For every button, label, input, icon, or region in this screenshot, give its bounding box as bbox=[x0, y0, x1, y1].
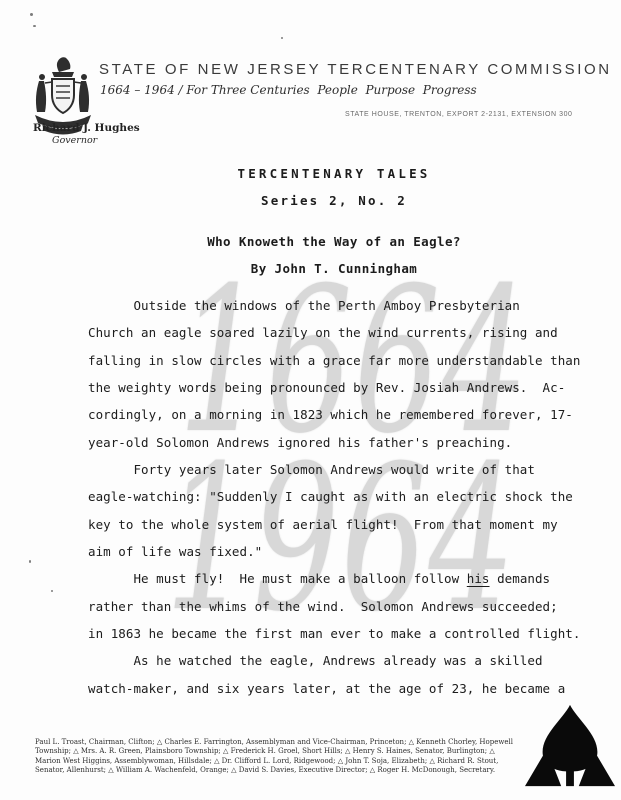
tercentenary-tree-triangle-icon bbox=[524, 701, 616, 790]
commission-name: STATE OF NEW JERSEY TERCENTENARY COMMISS… bbox=[99, 61, 612, 78]
roster-line: Paul L. Troast, Chairman, Clifton; △ Cha… bbox=[35, 738, 525, 747]
roster-line: Senator, Allenhurst; △ William A. Wachen… bbox=[35, 766, 525, 775]
body-line: the weighty words being pronounced by Re… bbox=[88, 374, 588, 401]
body-line: Forty years later Solomon Andrews would … bbox=[88, 456, 588, 483]
body-line: in 1863 he became the first man ever to … bbox=[88, 620, 588, 647]
scan-noise-speck bbox=[33, 25, 36, 27]
article-title: Who Knoweth the Way of an Eagle? bbox=[88, 235, 580, 249]
body-line: watch-maker, and six years later, at the… bbox=[88, 675, 588, 702]
series-title: TERCENTENARY TALES bbox=[88, 167, 580, 181]
body-line-post: demands bbox=[490, 571, 551, 586]
governor-title: Governor bbox=[52, 135, 97, 146]
tercentenary-tagline: 1664 – 1964 / For Three Centuries People… bbox=[100, 83, 477, 97]
commission-roster: Paul L. Troast, Chairman, Clifton; △ Cha… bbox=[35, 738, 525, 776]
scan-noise-speck bbox=[30, 13, 33, 16]
roster-line: Township; △ Mrs. A. R. Green, Plainsboro… bbox=[35, 747, 525, 756]
address-line: STATE HOUSE, TRENTON, EXPORT 2-2131, EXT… bbox=[345, 111, 572, 118]
roster-line: Marion West Higgins, Assemblywoman, Hill… bbox=[35, 757, 525, 766]
scan-noise-speck bbox=[29, 560, 31, 563]
body-line: As he watched the eagle, Andrews already… bbox=[88, 647, 588, 674]
body-line-with-underline: He must fly! He must make a balloon foll… bbox=[88, 565, 588, 592]
body-line: falling in slow circles with a grace far… bbox=[88, 347, 588, 374]
scanned-letter-page: STATE OF NEW JERSEY TERCENTENARY COMMISS… bbox=[0, 0, 621, 800]
body-line: aim of life was fixed." bbox=[88, 538, 588, 565]
series-number: Series 2, No. 2 bbox=[88, 194, 580, 208]
body-line: eagle-watching: "Suddenly I caught as wi… bbox=[88, 483, 588, 510]
underlined-word: his bbox=[467, 571, 490, 586]
article-byline: By John T. Cunningham bbox=[88, 262, 580, 276]
article-body: Outside the windows of the Perth Amboy P… bbox=[88, 292, 588, 702]
body-line: year-old Solomon Andrews ignored his fat… bbox=[88, 429, 588, 456]
body-line: key to the whole system of aerial flight… bbox=[88, 511, 588, 538]
body-line: Outside the windows of the Perth Amboy P… bbox=[88, 292, 588, 319]
governor-name: Richard J. Hughes bbox=[33, 122, 140, 134]
body-line: Church an eagle soared lazily on the win… bbox=[88, 319, 588, 346]
scan-noise-speck bbox=[51, 590, 53, 592]
scan-noise-speck bbox=[281, 37, 283, 39]
body-line: rather than the whims of the wind. Solom… bbox=[88, 593, 588, 620]
body-line-pre: He must fly! He must make a balloon foll… bbox=[88, 571, 467, 586]
body-line: cordingly, on a morning in 1823 which he… bbox=[88, 401, 588, 428]
